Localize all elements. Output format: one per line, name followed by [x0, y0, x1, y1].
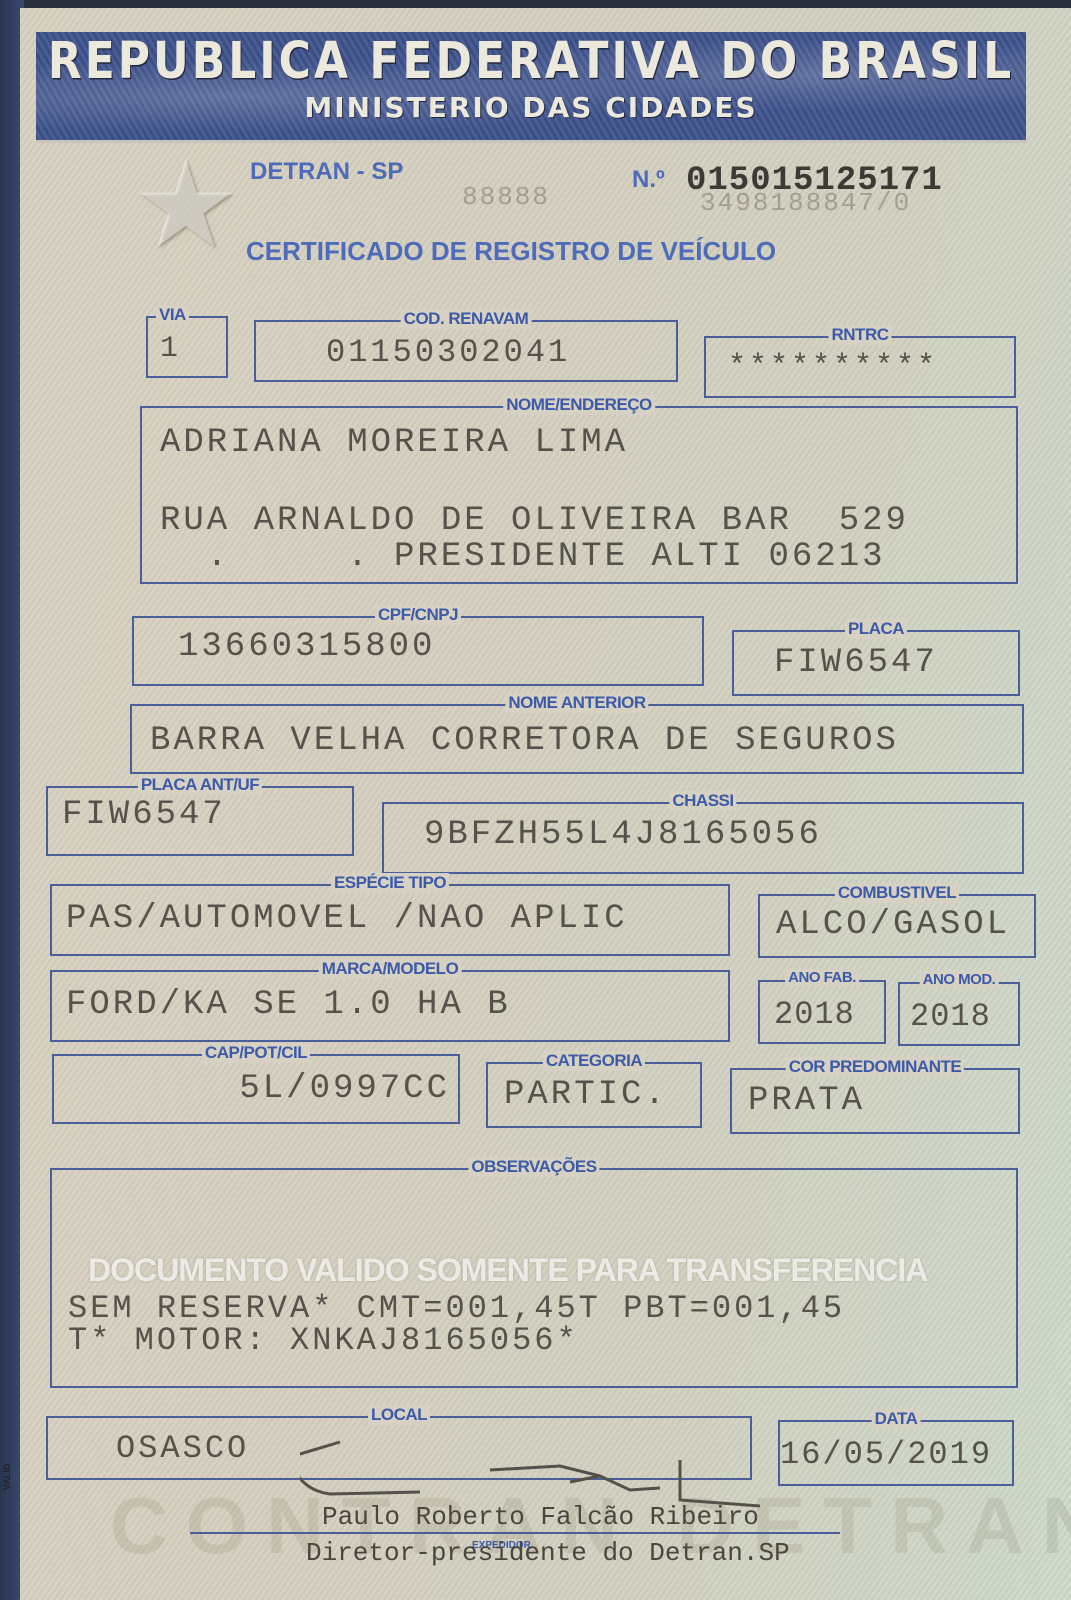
serial-faint: 88888: [462, 182, 550, 212]
field-label: CATEGORIA: [543, 1051, 645, 1071]
field-label: NOME ANTERIOR: [505, 693, 648, 713]
header-subtitle: MINISTERIO DAS CIDADES: [36, 90, 1026, 126]
field-label: CAP/POT/CIL: [202, 1043, 310, 1063]
field-chassis: CHASSI 9BFZH55L4J8165056: [382, 802, 1024, 874]
field-value: 2018: [774, 996, 855, 1033]
field-label: RNTRC: [829, 325, 892, 345]
field-value: PRATA: [748, 1082, 865, 1120]
field-value: 1: [160, 332, 181, 366]
field-make-model: MARCA/MODELO FORD/KA SE 1.0 HA B: [50, 970, 730, 1042]
field-label: VIA: [156, 305, 189, 325]
field-label: PLACA ANT/UF: [138, 775, 262, 795]
field-value: FORD/KA SE 1.0 HA B: [66, 986, 511, 1024]
field-label: MARCA/MODELO: [319, 959, 462, 979]
transfer-only-watermark: DOCUMENTO VALIDO SOMENTE PARA TRANSFEREN…: [88, 1252, 1008, 1289]
owner-name: ADRIANA MOREIRA LIMA: [160, 424, 628, 462]
document-header: REPUBLICA FEDERATIVA DO BRASIL MINISTERI…: [36, 32, 1026, 143]
header-title: REPUBLICA FEDERATIVA DO BRASIL: [36, 30, 1026, 94]
field-fuel: COMBUSTIVEL ALCO/GASOL: [758, 894, 1036, 958]
field-value: 9BFZH55L4J8165056: [424, 816, 822, 854]
field-renavam: COD. RENAVAM 01150302041: [254, 320, 678, 382]
field-color: COR PREDOMINANTE PRATA: [730, 1068, 1020, 1134]
field-manufacture-year: ANO FAB. 2018: [758, 980, 886, 1044]
field-label: ANO MOD.: [920, 971, 999, 988]
side-valid-label: VALID: [2, 1464, 12, 1490]
owner-address-line1: RUA ARNALDO DE OLIVEIRA BAR 529: [160, 502, 909, 540]
field-model-year: ANO MOD. 2018: [898, 982, 1020, 1046]
document-number-label: N.º: [632, 166, 665, 194]
field-value: ALCO/GASOL: [776, 906, 1010, 944]
field-name-address: NOME/ENDEREÇO ADRIANA MOREIRA LIMA RUA A…: [140, 406, 1018, 584]
field-label: CHASSI: [669, 791, 736, 811]
field-species-type: ESPÉCIE TIPO PAS/AUTOMOVEL /NAO APLIC: [50, 884, 730, 956]
star-emblem-icon: ★: [132, 150, 242, 260]
field-value: PAS/AUTOMOVEL /NAO APLIC: [66, 900, 628, 938]
certificate-title: CERTIFICADO DE REGISTRO DE VEÍCULO: [246, 236, 776, 267]
field-label: PLACA: [845, 619, 907, 639]
field-cpf-cnpj: CPF/CNPJ 13660315800: [132, 616, 704, 686]
field-label: LOCAL: [368, 1405, 430, 1425]
owner-address-line2: . . PRESIDENTE ALTI 06213: [160, 538, 886, 576]
field-previous-plate: PLACA ANT/UF FIW6547: [46, 786, 354, 856]
field-previous-owner: NOME ANTERIOR BARRA VELHA CORRETORA DE S…: [130, 704, 1024, 774]
field-label: COR PREDOMINANTE: [786, 1057, 964, 1077]
field-label: ANO FAB.: [785, 969, 859, 986]
signature-scribble: [300, 1430, 760, 1510]
issuer-label: DETRAN - SP: [250, 158, 403, 186]
field-category: CATEGORIA PARTIC.: [486, 1062, 702, 1128]
field-placa: PLACA FIW6547: [732, 630, 1020, 696]
field-value: 16/05/2019: [780, 1436, 992, 1473]
field-date: DATA 16/05/2019: [778, 1420, 1014, 1486]
field-value: OSASCO: [116, 1430, 249, 1467]
signature-line: [190, 1532, 840, 1534]
field-via: VIA 1: [146, 316, 228, 378]
field-value: FIW6547: [774, 644, 938, 682]
field-value: 01150302041: [326, 334, 570, 371]
field-label: ESPÉCIE TIPO: [331, 873, 449, 893]
signatory-title: Diretor-presidente do Detran.SP: [306, 1538, 790, 1568]
field-label: CPF/CNPJ: [375, 605, 461, 625]
field-value: **********: [728, 350, 938, 384]
signatory-name: Paulo Roberto Falcão Ribeiro: [322, 1502, 759, 1532]
observations-line2: T* MOTOR: XNKAJ8165056*: [68, 1322, 579, 1359]
field-value: 2018: [910, 998, 991, 1035]
field-label: COMBUSTIVEL: [835, 883, 959, 903]
field-value: PARTIC.: [504, 1076, 668, 1114]
field-capacity-power: CAP/POT/CIL 5L/0997CC: [52, 1054, 460, 1124]
field-label: OBSERVAÇÕES: [468, 1157, 599, 1177]
field-label: NOME/ENDEREÇO: [503, 395, 655, 415]
field-value: 5L/0997CC: [239, 1070, 450, 1108]
field-value: BARRA VELHA CORRETORA DE SEGUROS: [150, 722, 899, 760]
field-rntrc: RNTRC **********: [704, 336, 1016, 398]
field-label: COD. RENAVAM: [401, 309, 532, 329]
field-value: FIW6547: [62, 796, 226, 834]
field-value: 13660315800: [178, 628, 435, 666]
document-number-faint: 3498188847/0: [700, 188, 911, 218]
field-label: DATA: [872, 1409, 921, 1429]
